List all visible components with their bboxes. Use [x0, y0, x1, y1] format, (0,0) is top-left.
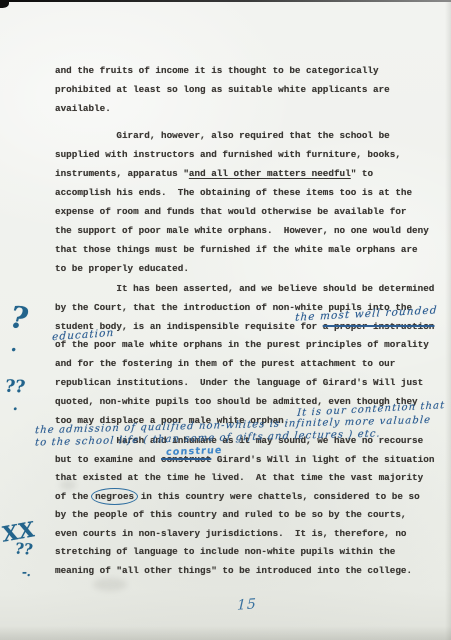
paragraph-1: and the fruits of income it is thought t…	[55, 61, 451, 118]
typed-text: and for the fostering in them of the pur…	[55, 358, 395, 369]
paragraph-2: Girard, however, also required that the …	[55, 126, 451, 278]
margin-xx-question: ??	[13, 539, 34, 558]
typed-text: available.	[55, 103, 111, 114]
typed-line: and the fruits of income it is thought t…	[55, 61, 451, 80]
struck-phrase: a proper instruction	[323, 321, 435, 332]
typed-text: Girard, however, also required that the …	[55, 130, 390, 141]
typed-text: " to	[351, 168, 373, 179]
typed-text: accomplish his ends. The obtaining of th…	[55, 187, 412, 198]
typed-line: the support of poor male white orphans. …	[55, 221, 451, 240]
scan-edge-bottom	[0, 626, 451, 640]
typed-line: even courts in non-slavery jurisdictions…	[55, 525, 451, 544]
typed-line: accomplish his ends. The obtaining of th…	[55, 183, 451, 202]
typed-text: by the people of this country and ruled …	[55, 509, 406, 520]
typed-text: that existed at the time he lived. At th…	[55, 472, 423, 483]
typed-line: available.	[55, 99, 451, 118]
typed-line: prohibited at least so long as suitable …	[55, 80, 451, 99]
typed-text: instruments, apparatus "	[55, 168, 189, 179]
correction-construe: construe	[166, 445, 223, 458]
typed-line: that existed at the time he lived. At th…	[55, 469, 451, 488]
typed-line: It has been asserted, and we believe sho…	[55, 280, 451, 299]
typed-line: stretching of language to include non-wh…	[55, 543, 451, 562]
typed-line: and for the fostering in them of the pur…	[55, 355, 451, 374]
typed-line: instruments, apparatus "and all other ma…	[55, 164, 451, 183]
margin-double-question-dot: .	[12, 396, 19, 414]
typed-text: supplied with instructors and furnished …	[55, 149, 401, 160]
typed-text: that those things must be furnished if t…	[55, 244, 418, 255]
typed-text: but to examine and	[55, 454, 161, 465]
typed-text: stretching of language to include non-wh…	[55, 546, 395, 557]
typed-line: supplied with instructors and furnished …	[55, 145, 451, 164]
typed-line: meaning of "all other things" to be intr…	[55, 562, 451, 581]
circled-word: negroes	[91, 488, 138, 505]
typed-line: by the people of this country and ruled …	[55, 506, 451, 525]
typed-text: It has been asserted, and we believe sho…	[55, 283, 434, 294]
scan-corner-mark	[0, 0, 9, 8]
typed-text: of the poor male white orphans in the pu…	[55, 339, 429, 350]
typed-line: Girard, however, also required that the …	[55, 126, 451, 145]
underlined-phrase: and all other matters needful	[189, 168, 351, 179]
margin-double-question: ??	[4, 377, 27, 398]
typed-line: but to examine and construct Girard's Wi…	[55, 451, 451, 470]
margin-question-dot: .	[10, 335, 18, 356]
scanned-document-page: and the fruits of income it is thought t…	[0, 0, 451, 640]
typed-text: to be properly educated.	[55, 263, 189, 274]
margin-question-mark: ?	[6, 300, 32, 337]
typed-line: expense of room and funds that would oth…	[55, 202, 451, 221]
typed-text: and the fruits of income it is thought t…	[55, 65, 379, 76]
typed-text: in this country were chattels, considere…	[135, 491, 420, 502]
typed-text: expense of room and funds that would oth…	[55, 206, 406, 217]
typed-line: to be properly educated.	[55, 259, 451, 278]
typed-line: that those things must be furnished if t…	[55, 240, 451, 259]
typed-line: republican institutions. Under the langu…	[55, 374, 451, 393]
typed-text: of the	[55, 491, 94, 502]
margin-bottom-dash: -.	[21, 565, 32, 579]
typed-line: of the poor male white orphans in the pu…	[55, 336, 451, 355]
typed-text: even courts in non-slavery jurisdictions…	[55, 528, 406, 539]
typed-text: the support of poor male white orphans. …	[55, 225, 429, 236]
page-number: 15	[237, 596, 257, 613]
paragraph-4: Harsh and inhumane as it may sound, we h…	[55, 432, 451, 580]
typed-text: prohibited at least so long as suitable …	[55, 84, 390, 95]
typed-text: republican institutions. Under the langu…	[55, 377, 423, 388]
typed-text: Girard's Will in light of the situation	[211, 454, 434, 465]
typed-line: of the negroes in this country were chat…	[55, 488, 451, 507]
typed-text: meaning of "all other things" to be intr…	[55, 565, 412, 576]
scan-edge-top	[0, 0, 451, 2]
